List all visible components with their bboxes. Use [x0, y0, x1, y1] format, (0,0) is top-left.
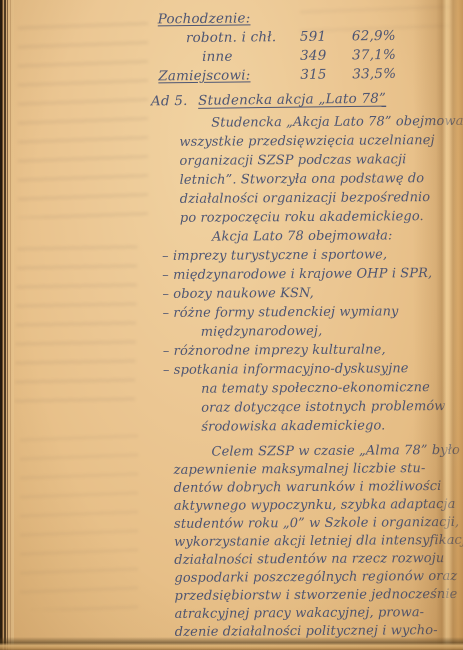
- handwritten-line: gospodarki poszczególnych regionów oraz: [174, 568, 452, 588]
- stats-value: 349: [300, 46, 352, 66]
- stats-value: 315: [300, 65, 352, 85]
- paragraph-block-2: Celem SZSP w czasie „Alma 78” było zapew…: [151, 442, 452, 642]
- stats-table: Pochodzenie: robotn. i chł. 591 62,9% in…: [158, 8, 425, 87]
- handwritten-line: Akcja Lato 78 obejmowała:: [212, 226, 450, 247]
- handwritten-line: Studencka „Akcja Lato 78” obejmowała: [179, 112, 449, 133]
- stats-value: 591: [300, 27, 352, 47]
- stats-percent: 62,9%: [352, 27, 424, 47]
- list-item-line: międzynarodowej,: [201, 321, 451, 342]
- list-item-line: środowiska akademickiego.: [201, 416, 451, 437]
- list-item-line: – imprezy turystyczne i sportowe,: [162, 245, 450, 266]
- handwritten-line: wykorzystanie akcji letniej dla intensyf…: [174, 532, 452, 552]
- paragraph-block-1: Studencka „Akcja Lato 78” obejmowała wsz…: [149, 112, 451, 437]
- handwritten-line: dentów dobrych warunków i możliwości: [174, 478, 452, 498]
- handwritten-line: letnich”. Stworzyła ona podstawę do: [180, 169, 450, 190]
- handwritten-line: organizacji SZSP podczas wakacji: [179, 150, 449, 171]
- handwritten-line: zapewnienie maksymalnej liczbie stu-: [174, 460, 452, 480]
- bleed-through-texture: [15, 239, 138, 411]
- handwritten-line: Celem SZSP w czasie „Alma 78” było: [173, 442, 451, 462]
- handwritten-line: dzenie działalności politycznej i wycho-: [175, 622, 453, 642]
- list-item-line: – różne formy studenckiej wymiany: [162, 302, 450, 323]
- stats-percent: 37,1%: [352, 46, 424, 66]
- handwritten-line: działalności studentów na rzecz rozwoju: [174, 550, 452, 570]
- stats-title: Pochodzenie:: [158, 9, 300, 29]
- heading-prefix: Ad 5.: [151, 93, 188, 109]
- scanned-notebook-page: Pochodzenie: robotn. i chł. 591 62,9% in…: [0, 0, 463, 650]
- section-heading: Ad 5. Studencka akcja „Lato 78”: [151, 91, 386, 110]
- list-item-line: – spotkania informacyjno-dyskusyjne: [163, 359, 451, 380]
- heading-title: Studencka akcja „Lato 78”: [198, 91, 386, 109]
- bleed-through-texture: [20, 430, 138, 610]
- handwritten-line: studentów roku „0” w Szkole i organizacj…: [174, 514, 452, 534]
- handwritten-line: wszystkie przedsięwzięcia uczelnianej: [179, 131, 449, 152]
- list-item-line: na tematy społeczno-ekonomiczne: [201, 378, 451, 399]
- handwritten-line: działalności organizacji bezpośrednio: [180, 188, 450, 209]
- handwritten-line: po rozpoczęciu roku akademickiego.: [180, 207, 450, 228]
- stats-label: inne: [158, 47, 300, 67]
- handwritten-body: Studencka „Akcja Lato 78” obejmowała wsz…: [149, 112, 453, 642]
- list-item-line: – międzynarodowe i krajowe OHP i SPR,: [162, 264, 450, 285]
- list-item-line: oraz dotyczące istotnych problemów: [201, 397, 451, 418]
- stats-percent: 33,5%: [352, 65, 424, 85]
- list-item-line: – obozy naukowe KSN,: [162, 283, 450, 304]
- bleed-through-texture: [18, 18, 148, 218]
- handwritten-line: aktywnego wypoczynku, szybka adaptacja: [174, 496, 452, 516]
- stats-label: Zamiejscowi:: [158, 66, 300, 86]
- handwritten-line: atrakcyjnej pracy wakacyjnej, prowa-: [175, 604, 453, 624]
- list-item-line: – różnorodne imprezy kulturalne,: [163, 340, 451, 361]
- handwritten-line: przedsiębiorstw i stworzenie jednocześni…: [174, 586, 452, 606]
- book-binding-edge: [0, 0, 14, 650]
- stats-row: Zamiejscowi: 315 33,5%: [158, 65, 424, 87]
- stats-label: robotn. i chł.: [158, 28, 300, 48]
